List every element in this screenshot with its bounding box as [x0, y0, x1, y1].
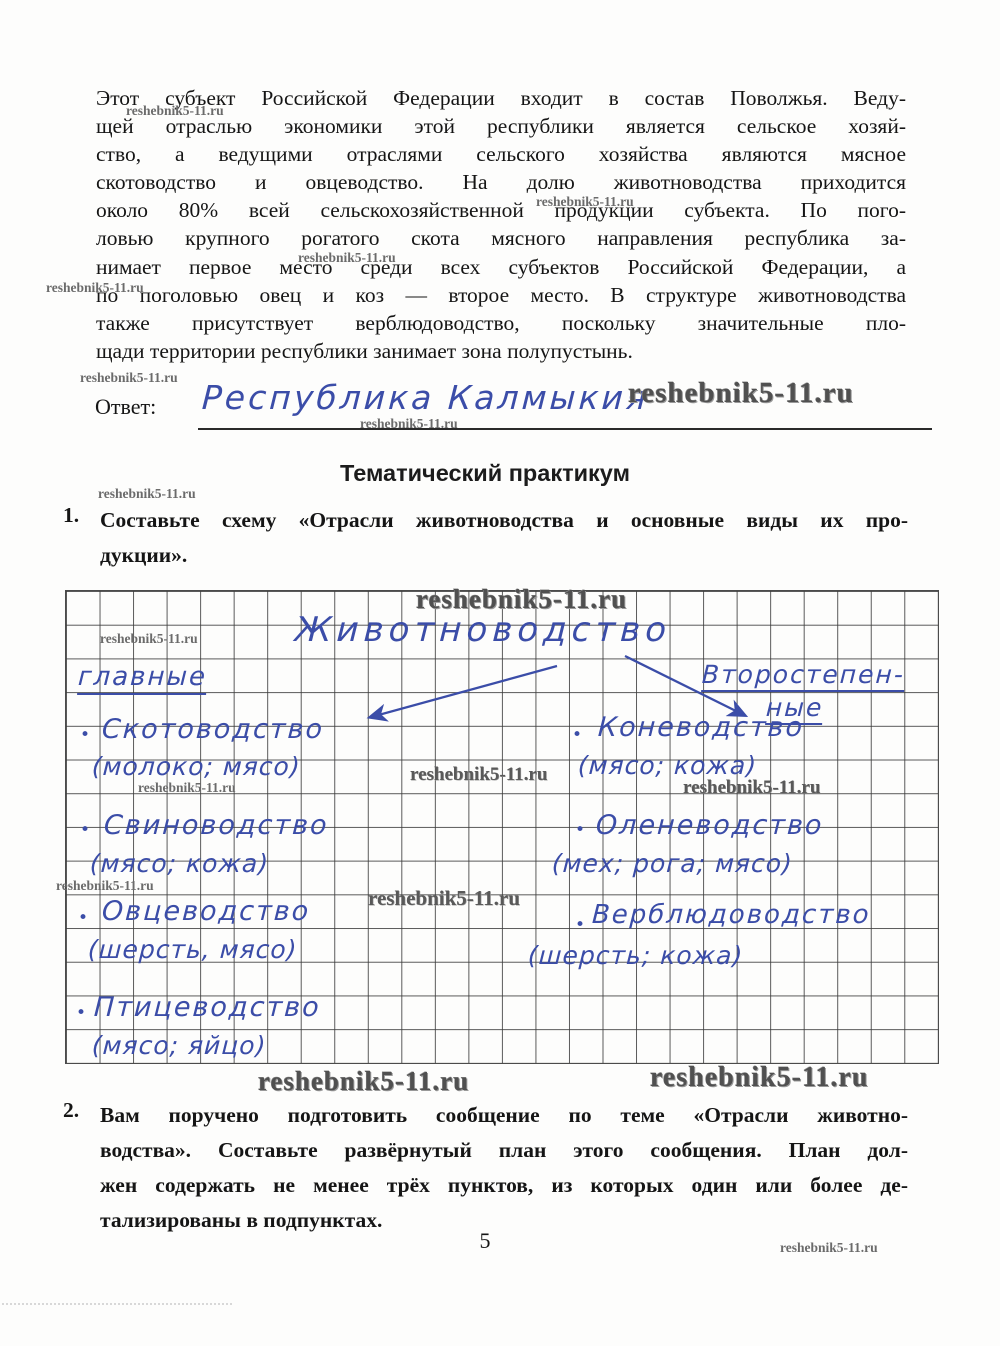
watermark: reshebnik5-11.ru [780, 1240, 878, 1256]
task-2-line: Вам поручено подготовить сообщение по те… [100, 1098, 908, 1133]
diagram-item-products: (шерсть; кожа) [527, 941, 744, 970]
diagram-item-name: Скотоводство [101, 714, 325, 745]
diagram-item-products: (мех; рога; мясо) [551, 849, 793, 878]
task-1-number: 1. [63, 503, 97, 528]
watermark: reshebnik5-11.ru [410, 764, 547, 786]
diagram-item-name: Оленеводство [595, 810, 824, 841]
intro-line: по поголовью овец и коз — второе место. … [96, 281, 906, 309]
diagram-title: Животноводство [294, 610, 672, 650]
workbook-page: Этот субъект Российской Федерации входит… [0, 0, 1000, 1346]
diagram-right-group-label-line1: Второстепен- [701, 660, 905, 689]
diagram-item-products: (мясо; кожа) [577, 751, 758, 780]
watermark: reshebnik5-11.ru [56, 878, 154, 894]
watermark: reshebnik5-11.ru [98, 486, 196, 502]
intro-line: также присутствует верблюдоводство, поск… [96, 309, 906, 337]
watermark: reshebnik5-11.ru [368, 886, 520, 911]
diagram-item-name: Свиноводство [103, 810, 329, 841]
bullet-icon: • [78, 908, 90, 928]
diagram-item-name: Коневодство [597, 712, 805, 743]
diagram-left-group-label-text: главные [77, 662, 208, 695]
watermark: reshebnik5-11.ru [258, 1066, 469, 1097]
intro-line: около 80% всей сельскохозяйственной прод… [96, 196, 906, 224]
task-1: 1. Составьте схему «Отрасли животноводст… [63, 503, 908, 573]
task-2-number: 2. [63, 1098, 97, 1123]
task-2: 2. Вам поручено подготовить сообщение по… [63, 1098, 908, 1238]
bullet-icon: • [572, 725, 584, 745]
answer-handwritten: Республика Калмыкия [201, 378, 650, 417]
task-2-line: жен содержать не менее трёх пунктов, из … [100, 1168, 908, 1203]
bullet-icon: • [80, 725, 92, 745]
watermark: reshebnik5-11.ru [298, 250, 396, 266]
intro-line: ство, а ведущими отраслями сельского хоз… [96, 140, 906, 168]
watermark: reshebnik5-11.ru [46, 280, 144, 296]
answer-line [198, 428, 932, 430]
diagram-item-products: (шерсть, мясо) [87, 935, 298, 964]
diagram-right-group-label-text1: Второстепен- [701, 660, 906, 692]
intro-line: нимает первое место среди всех субъектов… [96, 253, 906, 281]
diagram-left-group-label: главные [77, 662, 208, 692]
watermark: reshebnik5-11.ru [628, 377, 854, 410]
page-number: 5 [455, 1228, 515, 1254]
diagram-item-products: (мясо; яйцо) [91, 1031, 267, 1060]
task-1-line: Составьте схему «Отрасли животноводства … [100, 503, 908, 538]
answer-label: Ответ: [95, 394, 156, 420]
task-1-line: дукции». [100, 538, 908, 573]
watermark: reshebnik5-11.ru [360, 416, 458, 432]
diagram-item-name: Верблюдоводство [591, 900, 871, 930]
intro-line: скотоводство и овцеводство. На долю живо… [96, 168, 906, 196]
intro-paragraph: Этот субъект Российской Федерации входит… [96, 84, 906, 365]
watermark: reshebnik5-11.ru [126, 103, 224, 119]
watermark: reshebnik5-11.ru [536, 194, 634, 210]
diagram-item-name: Птицеводство [93, 992, 321, 1023]
diagram-item-name: Овцеводство [101, 896, 311, 927]
scan-artifact [2, 1303, 232, 1305]
bullet-icon: • [575, 820, 587, 840]
watermark: reshebnik5-11.ru [80, 370, 178, 386]
section-heading: Тематический практикум [0, 460, 970, 487]
bullet-icon: • [80, 820, 92, 840]
watermark: reshebnik5-11.ru [683, 777, 820, 799]
bullet-icon: • [76, 1003, 88, 1023]
watermark: reshebnik5-11.ru [100, 631, 198, 647]
intro-line: щади территории республики занимает зона… [96, 337, 906, 365]
watermark: reshebnik5-11.ru [416, 584, 627, 615]
watermark: reshebnik5-11.ru [650, 1062, 869, 1094]
diagram-item-products: (мясо; кожа) [89, 849, 270, 878]
task-2-line: водства». Составьте развёрнутый план это… [100, 1133, 908, 1168]
diagram-item-products: (молоко; мясо) [91, 752, 301, 781]
bullet-icon: • [575, 915, 587, 935]
watermark: reshebnik5-11.ru [138, 780, 236, 796]
intro-line: ловью крупного рогатого скота мясного на… [96, 224, 906, 252]
